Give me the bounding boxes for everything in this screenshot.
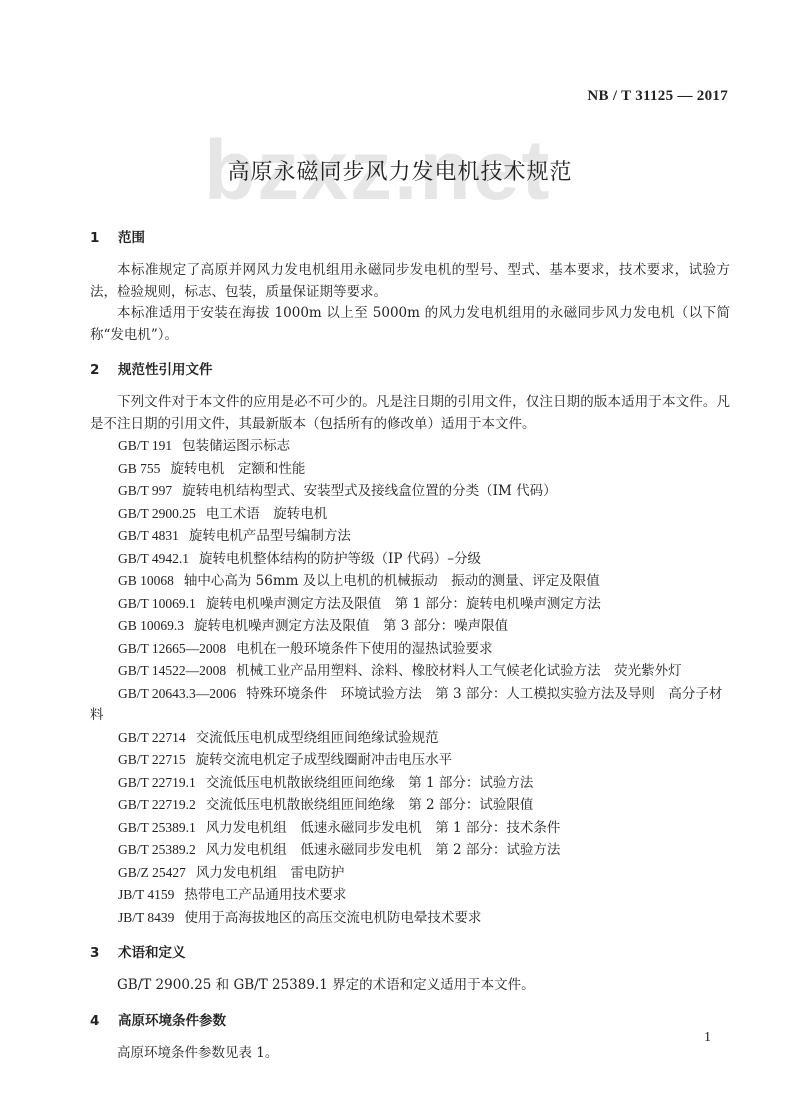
page-number: 1	[704, 1030, 711, 1046]
paragraph: 高原环境条件参数见表 1。	[90, 1043, 730, 1065]
reference-item: GB/T 22715旋转交流电机定子成型线圈耐冲击电压水平	[90, 749, 730, 772]
section-heading: 4高原环境条件参数	[90, 1011, 730, 1033]
reference-item: GB 755旋转电机 定额和性能	[90, 458, 730, 481]
section-heading: 1范围	[90, 228, 730, 250]
section-heading: 2规范性引用文件	[90, 360, 730, 382]
document-title: 高原永磁同步风力发电机技术规范	[0, 155, 800, 186]
reference-list: GB/T 191包装储运图示标志 GB 755旋转电机 定额和性能 GB/T 9…	[90, 435, 730, 929]
reference-item: GB/T 22719.1交流低压电机散嵌绕组匝间绝缘 第 1 部分：试验方法	[90, 772, 730, 795]
reference-item: GB/Z 25427风力发电机组 雷电防护	[90, 862, 730, 885]
reference-item: GB/T 20643.3—2006特殊环境条件 环境试验方法 第 3 部分：人工…	[90, 683, 730, 727]
reference-item: GB/T 10069.1旋转电机噪声测定方法及限值 第 1 部分：旋转电机噪声测…	[90, 593, 730, 616]
reference-item: JB/T 8439使用于高海拔地区的高压交流电机防电晕技术要求	[90, 907, 730, 930]
paragraph: 下列文件对于本文件的应用是必不可少的。凡是注日期的引用文件，仅注日期的版本适用于…	[90, 392, 730, 435]
reference-item: GB/T 25389.1风力发电机组 低速永磁同步发电机 第 1 部分：技术条件	[90, 817, 730, 840]
reference-item: GB/T 4831旋转电机产品型号编制方法	[90, 525, 730, 548]
reference-item: GB/T 14522—2008机械工业产品用塑料、涂料、橡胶材料人工气候老化试验…	[90, 660, 730, 683]
reference-item: GB/T 997旋转电机结构型式、安装型式及接线盒位置的分类（IM 代码）	[90, 480, 730, 503]
reference-item: GB/T 191包装储运图示标志	[90, 435, 730, 458]
reference-item: JB/T 4159热带电工产品通用技术要求	[90, 884, 730, 907]
paragraph: 本标准适用于安装在海拔 1000m 以上至 5000m 的风力发电机组用的永磁同…	[90, 303, 730, 346]
standard-code: NB / T 31125 — 2017	[587, 88, 728, 105]
reference-item: GB/T 25389.2风力发电机组 低速永磁同步发电机 第 2 部分：试验方法	[90, 839, 730, 862]
paragraph: 本标准规定了高原并网风力发电机组用永磁同步发电机的型号、型式、基本要求，技术要求…	[90, 260, 730, 303]
reference-item: GB 10069.3旋转电机噪声测定方法及限值 第 3 部分：噪声限值	[90, 615, 730, 638]
document-body: 1范围 本标准规定了高原并网风力发电机组用永磁同步发电机的型号、型式、基本要求，…	[90, 228, 730, 1064]
reference-item: GB/T 4942.1旋转电机整体结构的防护等级（IP 代码）–分级	[90, 548, 730, 571]
reference-item: GB/T 2900.25电工术语 旋转电机	[90, 503, 730, 526]
paragraph: GB/T 2900.25 和 GB/T 25389.1 界定的术语和定义适用于本…	[90, 975, 730, 997]
reference-item: GB/T 12665—2008电机在一般环境条件下使用的湿热试验要求	[90, 638, 730, 661]
reference-item: GB/T 22719.2交流低压电机散嵌绕组匝间绝缘 第 2 部分：试验限值	[90, 794, 730, 817]
reference-item: GB/T 22714交流低压电机成型绕组匝间绝缘试验规范	[90, 727, 730, 750]
reference-item: GB 10068轴中心高为 56mm 及以上电机的机械振动 振动的测量、评定及限…	[90, 570, 730, 593]
section-heading: 3术语和定义	[90, 943, 730, 965]
